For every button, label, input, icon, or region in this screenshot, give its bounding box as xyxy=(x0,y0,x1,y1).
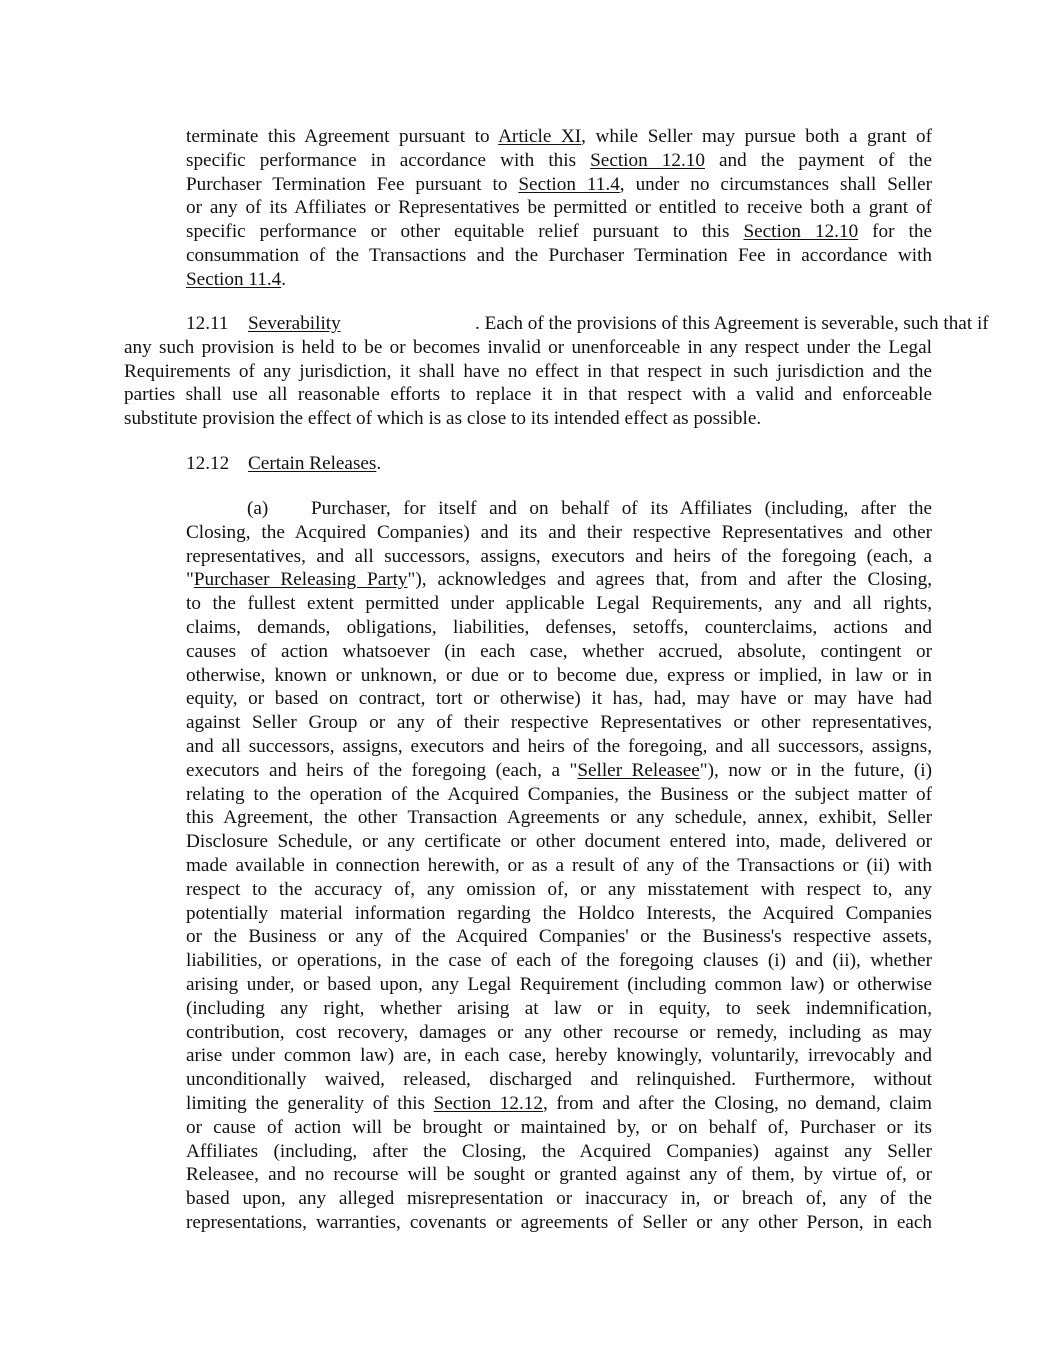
section-heading: Certain Releases xyxy=(248,453,376,474)
text-line: relating to the operation of the Acquire… xyxy=(186,783,932,807)
text-line: Closing, the Acquired Companies) and its… xyxy=(186,521,932,545)
text-line: to the fullest extent permitted under ap… xyxy=(186,592,932,616)
text-line: Affiliates (including, after the Closing… xyxy=(186,1140,932,1164)
text-line: representations, warranties, covenants o… xyxy=(186,1211,932,1235)
section-12-11-first-line-text: . Each of the provisions of this Agreeme… xyxy=(475,312,932,336)
text-line: Purchaser Termination Fee pursuant to Se… xyxy=(186,173,932,197)
section-number: 12.11 xyxy=(186,312,228,336)
text-line: causes of action whatsoever (in each cas… xyxy=(186,640,932,664)
text-line: potentially material information regardi… xyxy=(186,902,932,926)
section-12-12-heading-line: 12.12 Certain Releases. xyxy=(124,452,932,476)
text-line: Section 11.4. xyxy=(186,268,932,292)
cross-reference-link: Section 12.12 xyxy=(434,1093,543,1114)
subsection-a-first-line-text: Purchaser, for itself and on behalf of i… xyxy=(311,497,932,521)
text-line: claims, demands, obligations, liabilitie… xyxy=(186,616,932,640)
subsection-label: (a) xyxy=(247,497,268,521)
text-line: Releasee, and no recourse will be sought… xyxy=(186,1163,932,1187)
text-line: consummation of the Transactions and the… xyxy=(186,244,932,268)
text-line: parties shall use all reasonable efforts… xyxy=(124,383,932,407)
subsection-a-first-line: (a) Purchaser, for itself and on behalf … xyxy=(186,497,932,521)
text-line: Requirements of any jurisdiction, it sha… xyxy=(124,360,932,384)
cross-reference-link: Seller Releasee xyxy=(577,760,699,781)
text-line: or cause of action will be brought or ma… xyxy=(186,1116,932,1140)
text-line: terminate this Agreement pursuant to Art… xyxy=(186,125,932,149)
text-line: or any of its Affiliates or Representati… xyxy=(186,196,932,220)
text-line: or the Business or any of the Acquired C… xyxy=(186,925,932,949)
cross-reference-link: Section 12.10 xyxy=(743,221,858,242)
section-12-11-heading-line: 12.11 Severability . Each of the provisi… xyxy=(124,312,932,336)
text-line: liabilities, or operations, in the case … xyxy=(186,949,932,973)
cross-reference-link: Purchaser Releasing Party xyxy=(194,569,408,590)
cross-reference-link: Article XI xyxy=(498,126,581,147)
text-line: substitute provision the effect of which… xyxy=(124,407,932,431)
text-line: representatives, and all successors, ass… xyxy=(186,545,932,569)
text-line: Disclosure Schedule, or any certificate … xyxy=(186,830,932,854)
cross-reference-link: Section 12.10 xyxy=(590,150,705,171)
text-line: against Seller Group or any of their res… xyxy=(186,711,932,735)
text-line: unconditionally waived, released, discha… xyxy=(186,1068,932,1092)
text-line: based upon, any alleged misrepresentatio… xyxy=(186,1187,932,1211)
text-line: respect to the accuracy of, any omission… xyxy=(186,878,932,902)
text-line: limiting the generality of this Section … xyxy=(186,1092,932,1116)
text-line: any such provision is held to be or beco… xyxy=(124,336,932,360)
cross-reference-link: Section 11.4 xyxy=(518,174,619,195)
text-line: executors and heirs of the foregoing (ea… xyxy=(186,759,932,783)
section-number: 12.12 xyxy=(186,452,229,476)
section-heading: Severability xyxy=(248,312,341,336)
text-line: otherwise, known or unknown, or due or t… xyxy=(186,664,932,688)
text-line: specific performance in accordance with … xyxy=(186,149,932,173)
cross-reference-link: Section 11.4 xyxy=(186,269,281,290)
text-line: specific performance or other equitable … xyxy=(186,220,932,244)
text-line: and all successors, assigns, executors a… xyxy=(186,735,932,759)
text-line: arise under common law) are, in each cas… xyxy=(186,1044,932,1068)
text-line: this Agreement, the other Transaction Ag… xyxy=(186,806,932,830)
text-line: made available in connection herewith, o… xyxy=(186,854,932,878)
document-page: terminate this Agreement pursuant to Art… xyxy=(0,0,1055,1365)
text-line: contribution, cost recovery, damages or … xyxy=(186,1021,932,1045)
text-line: arising under, or based upon, any Legal … xyxy=(186,973,932,997)
text-line: (including any right, whether arising at… xyxy=(186,997,932,1021)
text-line: equity, or based on contract, tort or ot… xyxy=(186,687,932,711)
text-line: "Purchaser Releasing Party"), acknowledg… xyxy=(186,568,932,592)
